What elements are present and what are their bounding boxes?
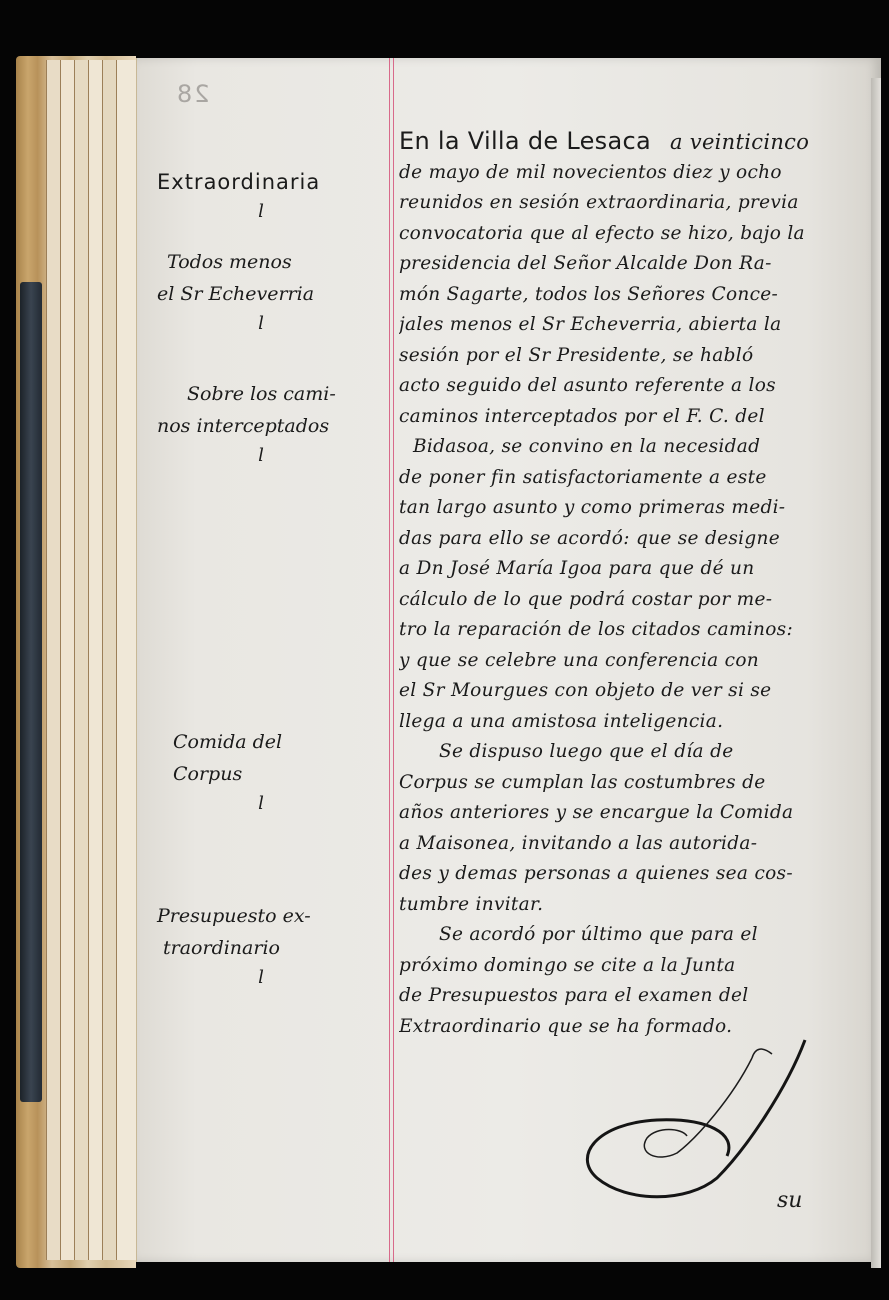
- signature-rubric-icon: [567, 1028, 867, 1208]
- manuscript-page: 28 Extraordinaria l Todos menos el Sr Ec…: [136, 58, 881, 1262]
- margin-note-extraordinaria: Extraordinaria l: [157, 166, 385, 226]
- margin-note-comida: Comida del Corpus l: [157, 726, 385, 818]
- body-line: tumbre invitar.: [399, 890, 877, 921]
- body-line: Se dispuso luego que el día de: [399, 737, 877, 768]
- body-line: años anteriores y se encargue la Comida: [399, 798, 877, 829]
- body-line: Se acordó por último que para el: [399, 920, 877, 951]
- body-line: a Maisonea, invitando a las autorida-: [399, 829, 877, 860]
- margin-note-line: el Sr Echeverria: [157, 278, 385, 310]
- body-line: caminos interceptados por el F. C. del: [399, 402, 877, 433]
- body-line: próximo domingo se cite a la Junta: [399, 951, 877, 982]
- margin-note-line: Comida del: [157, 726, 385, 758]
- signature-initials: su: [777, 1188, 802, 1213]
- body-line: tro la reparación de los citados caminos…: [399, 615, 877, 646]
- body-line: món Sagarte, todos los Señores Conce-: [399, 280, 877, 311]
- opening-heading: En la Villa de Lesaca: [399, 127, 651, 155]
- body-line: reunidos en sesión extraordinaria, previ…: [399, 188, 877, 219]
- margin-mark: l: [157, 790, 385, 818]
- body-line-text: a veinticinco: [670, 130, 809, 154]
- margin-note-line: Sobre los cami-: [157, 378, 385, 410]
- margin-note-line: Extraordinaria: [157, 166, 385, 198]
- margin-note-line: Todos menos: [157, 246, 385, 278]
- body-line: de poner fin satisfactoriamente a este: [399, 463, 877, 494]
- margin-rule-line: [389, 58, 394, 1262]
- margin-note-asistentes: Todos menos el Sr Echeverria l: [157, 246, 385, 338]
- margin-note-presupuesto: Presupuesto ex- traordinario l: [157, 900, 385, 992]
- body-line: el Sr Mourgues con objeto de ver si se: [399, 676, 877, 707]
- margin-note-line: Presupuesto ex-: [157, 900, 385, 932]
- margin-mark: l: [157, 964, 385, 992]
- margin-mark: l: [157, 442, 385, 470]
- margin-note-line: traordinario: [157, 932, 385, 964]
- body-line: acto seguido del asunto referente a los: [399, 371, 877, 402]
- margin-note-line: nos interceptados: [157, 410, 385, 442]
- page-stack-layer: [116, 60, 137, 1260]
- body-line: des y demas personas a quienes sea cos-: [399, 859, 877, 890]
- ledger-book: 28 Extraordinaria l Todos menos el Sr Ec…: [16, 52, 889, 1270]
- margin-mark: l: [157, 198, 385, 226]
- body-line: y que se celebre una conferencia con: [399, 646, 877, 677]
- body-line: jales menos el Sr Echeverria, abierta la: [399, 310, 877, 341]
- minutes-body: En la Villa de Lesaca a veinticinco de m…: [399, 126, 877, 1042]
- body-line: convocatoria que al efecto se hizo, bajo…: [399, 219, 877, 250]
- body-line: das para ello se acordó: que se designe: [399, 524, 877, 555]
- page-number: 28: [175, 80, 210, 108]
- margin-note-line: Corpus: [157, 758, 385, 790]
- margin-note-caminos: Sobre los cami- nos interceptados l: [157, 378, 385, 470]
- margin-mark: l: [157, 310, 385, 338]
- body-line: Corpus se cumplan las costumbres de: [399, 768, 877, 799]
- body-line: En la Villa de Lesaca a veinticinco: [399, 126, 877, 158]
- body-line: sesión por el Sr Presidente, se habló: [399, 341, 877, 372]
- body-line: a Dn José María Igoa para que dé un: [399, 554, 877, 585]
- body-line: de mayo de mil novecientos diez y ocho: [399, 158, 877, 189]
- body-line: cálculo de lo que podrá costar por me-: [399, 585, 877, 616]
- body-line: tan largo asunto y como primeras medi-: [399, 493, 877, 524]
- body-line: presidencia del Señor Alcalde Don Ra-: [399, 249, 877, 280]
- body-line: Bidasoa, se convino en la necesidad: [399, 432, 877, 463]
- body-line: de Presupuestos para el examen del: [399, 981, 877, 1012]
- dark-binding-strip: [20, 282, 42, 1102]
- body-line: llega a una amistosa inteligencia.: [399, 707, 877, 738]
